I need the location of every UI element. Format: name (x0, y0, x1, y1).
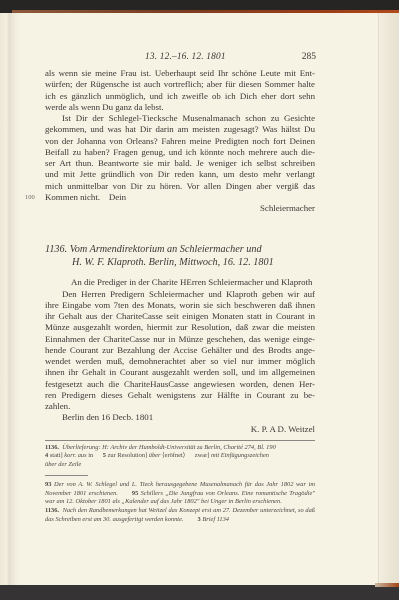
apparatus-continuation: über der Zeile (45, 461, 315, 469)
line-number: 100 (25, 192, 35, 203)
text-line: mich unmittelbar von Dir zu hören. Vor a… (45, 181, 315, 192)
running-head: 13. 12.–16. 12. 1801 285 (45, 52, 298, 64)
text-line: ihr Gehalt aus der ChariteCasse seit ein… (45, 311, 315, 322)
letter-heading-line-1: 1136. Vom Armendirektorium an Schleierma… (45, 244, 325, 257)
apparatus-variants: 4 statt] korr. aus in 5 zur Resolution] … (45, 452, 315, 460)
running-head-date: 13. 12.–16. 12. 1801 (145, 52, 226, 62)
text-line: Ist Dir der Schlegel-Tiecksche Musenalma… (45, 113, 315, 124)
text-line: werde als wenn Du ganz da lebst. (45, 102, 315, 113)
critical-apparatus: 1136. Überlieferung: H: Archiv der Humbo… (45, 444, 315, 469)
text-line: Beifall zu haben? Fragen genug, und ich … (45, 147, 315, 158)
text-line: und mit Jette gründlich von Dir reden ka… (45, 169, 315, 180)
text-line: Den Herren Predigern Schleiermacher und … (45, 289, 315, 300)
book-cover-bottom (0, 585, 399, 600)
text-line: Berlin den 16 Decb. 1801 (45, 412, 315, 423)
note-93-95: 93 Der von A. W. Schlegel und L. Tieck h… (45, 481, 315, 506)
page-content: 13. 12.–16. 12. 1801 285 als wenn sie me… (45, 52, 298, 524)
signature-weitzel: K. P. A D. Weitzel (45, 424, 315, 435)
text-line: 10festgesetzt auch die ChariteHausCasse … (45, 379, 315, 390)
commentary-notes: 93 Der von A. W. Schlegel und L. Tieck h… (45, 481, 315, 524)
text-line: ser Art thun. Beantworte sie mir bald. J… (45, 158, 315, 169)
commentary-divider (45, 475, 88, 476)
text-line: An die Prediger in der Charite HErren Sc… (45, 277, 315, 288)
apparatus-divider (45, 440, 315, 441)
letter-heading: 1136. Vom Armendirektorium an Schleierma… (45, 244, 325, 269)
text-line: ich es gänzlich unmöglich, und ich zweif… (45, 91, 315, 102)
text-line: Einnahmen der ChariteCasse nur in Münze … (45, 334, 315, 345)
text-line: ihre Eingabe vom 7ten des Monats, worin … (45, 300, 315, 311)
letter-1136-body: An die Prediger in der Charite HErren Sc… (45, 277, 315, 423)
text-line: zahlen. (45, 401, 315, 412)
page-edge-bottom (375, 583, 399, 587)
text-line: als wenn sie meine Frau ist. Ueberhaupt … (45, 68, 315, 79)
letter-1135-ending: als wenn sie meine Frau ist. Ueberhaupt … (45, 68, 315, 203)
text-line: 90würfen; der Rügensche ist auch vortref… (45, 79, 315, 90)
page-stack-edge (378, 13, 399, 585)
text-line: ihnen ihr Gehalt in Courant ausgezahlt w… (45, 367, 315, 378)
signature-schleiermacher: Schleiermacher (45, 203, 315, 214)
text-line: wendet werden muß, demohnerachtet aber s… (45, 356, 315, 367)
text-line: 100Kommen nicht. Dein (45, 192, 315, 203)
text-line: ren Predigern dieses Gehalt wenigstens z… (45, 390, 315, 401)
note-1136: 1136. Nach den Randbemerkungen hat Weitz… (45, 507, 315, 524)
text-line: 5Münze ausgezahlt worden, hiermit zur Re… (45, 322, 315, 333)
apparatus-source: 1136. Überlieferung: H: Archiv der Humbo… (45, 444, 315, 452)
page-number: 285 (302, 52, 316, 62)
text-line: hende Courant zur Bezahlung der Accise G… (45, 345, 315, 356)
letter-heading-line-2: H. W. F. Klaproth. Berlin, Mittwoch, 16.… (45, 257, 325, 270)
text-line: 95von der Johanna von Orleans? Fahren me… (45, 136, 315, 147)
text-line: gekommen, und was hat Dir darin am meist… (45, 124, 315, 135)
